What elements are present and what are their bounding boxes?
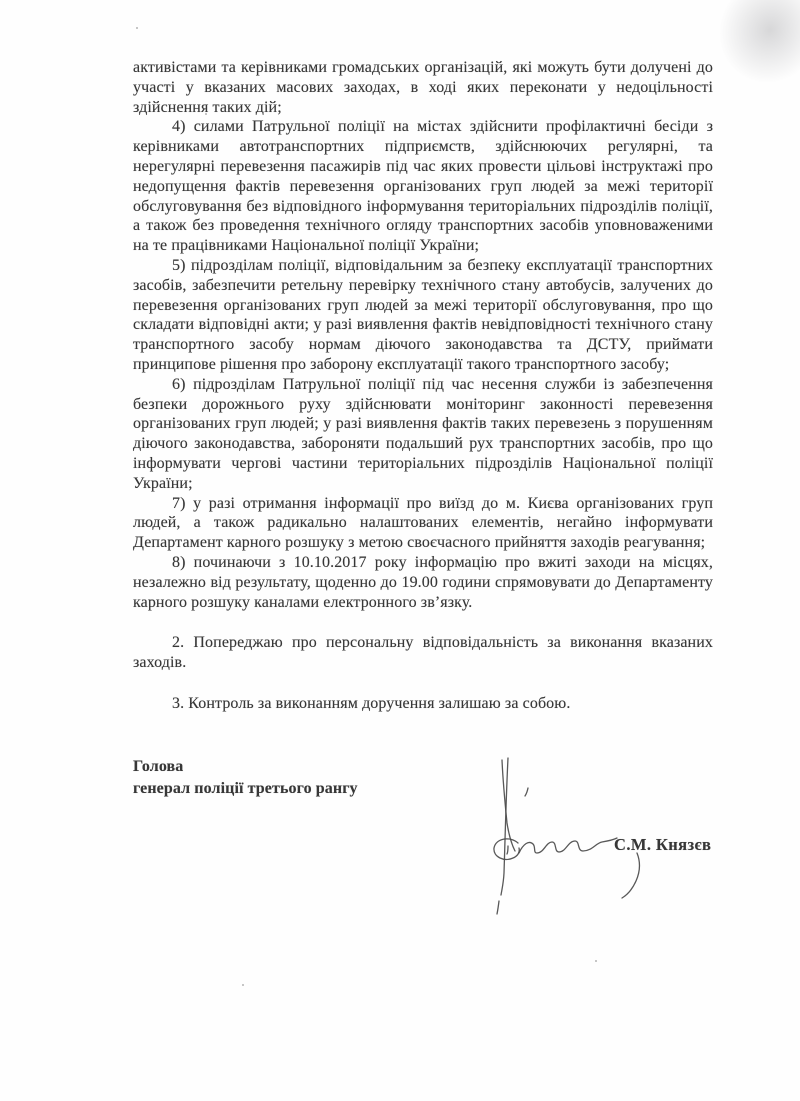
scan-speck (595, 960, 597, 962)
paragraph-item-4: 4) силами Патрульної поліції на містах з… (133, 117, 713, 256)
paragraph-item-5: 5) підрозділам поліції, відповідальним з… (133, 256, 713, 375)
paragraph-continuation: активістами та керівниками громадських о… (133, 58, 713, 117)
scan-speck (136, 27, 138, 29)
paragraph-item-6: 6) підрозділам Патрульної поліції під ча… (133, 375, 713, 494)
scan-speck (242, 984, 244, 986)
document-body: активістами та керівниками громадських о… (133, 58, 713, 800)
paragraph-item-7: 7) у разі отримання інформації про виїзд… (133, 494, 713, 553)
closing-item-2: 2. Попереджаю про персональну відповідал… (133, 633, 713, 673)
closing-item-3: 3. Контроль за виконанням доручення зали… (133, 694, 713, 714)
handwritten-signature-icon (440, 748, 760, 928)
paragraph-item-8: 8) починаючи з 10.10.2017 року інформаці… (133, 553, 713, 612)
signer-name: С.М. Князєв (614, 835, 711, 855)
scanned-document-page: активістами та керівниками громадських о… (0, 0, 800, 1101)
